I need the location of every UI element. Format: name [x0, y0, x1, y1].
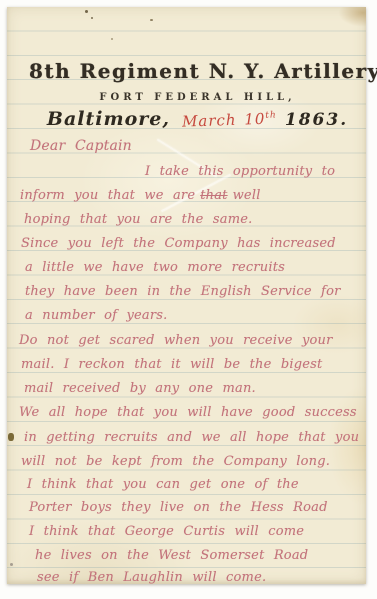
letter-line: will not be kept from the Company long.	[21, 450, 330, 474]
letterhead-fort: FORT FEDERAL HILL,	[29, 92, 366, 103]
letter-line: I think that you can get one of the	[27, 473, 299, 497]
letter-line: a number of years.	[25, 304, 168, 328]
ink-speck	[111, 38, 113, 40]
letter-line: he lives on the West Somerset Road	[35, 544, 308, 568]
letter-line-salutation: Dear Captain	[30, 134, 132, 158]
letterhead-dateline: Baltimore, March 10th 1863.	[29, 108, 366, 130]
letterhead-regiment: 8th Regiment N. Y. Artillery,	[29, 59, 366, 83]
letter-line: Porter boys they live on the Hess Road	[29, 496, 328, 520]
letter-line-segment: inform you that we are	[20, 188, 195, 203]
letterhead: 8th Regiment N. Y. Artillery, FORT FEDER…	[7, 59, 366, 130]
ink-speck	[150, 19, 153, 21]
handwritten-date: March 10th	[182, 109, 277, 130]
scan-background: 8th Regiment N. Y. Artillery, FORT FEDER…	[0, 0, 377, 599]
letterhead-city: Baltimore,	[47, 108, 170, 130]
ink-speck	[85, 10, 88, 13]
letterhead-year: 1863.	[285, 110, 348, 130]
ink-speck	[91, 17, 93, 19]
letter-line: mail. I reckon that it will be the biges…	[21, 353, 322, 377]
handwritten-date-text: March 10	[182, 110, 266, 131]
letter-line: a little we have two more recruits	[25, 256, 285, 280]
letter-line: they have been in the English Service fo…	[25, 280, 341, 304]
letter-page: 8th Regiment N. Y. Artillery, FORT FEDER…	[7, 7, 366, 584]
letter-line: Do not get scared when you receive your	[19, 329, 333, 353]
letter-line: We all hope that you will have good succ…	[19, 401, 357, 425]
letter-line: in getting recruits and we all hope that…	[24, 426, 359, 450]
letter-line: I take this opportunity to	[145, 160, 335, 184]
letter-line: hoping that you are the same.	[24, 208, 252, 232]
paper-stain	[8, 433, 14, 441]
ink-speck	[10, 563, 13, 566]
letter-line-segment: well	[233, 188, 261, 203]
date-ordinal-suffix: th	[265, 110, 277, 120]
letter-line: see if Ben Laughlin will come.	[37, 566, 266, 590]
letter-line: Since you left the Company has increased	[21, 232, 336, 256]
letter-line: inform you that we arethatwell	[20, 184, 261, 208]
strike-through-word: that	[200, 188, 227, 203]
letter-line: mail received by any one man.	[24, 377, 256, 401]
letter-line: I think that George Curtis will come	[29, 520, 304, 544]
